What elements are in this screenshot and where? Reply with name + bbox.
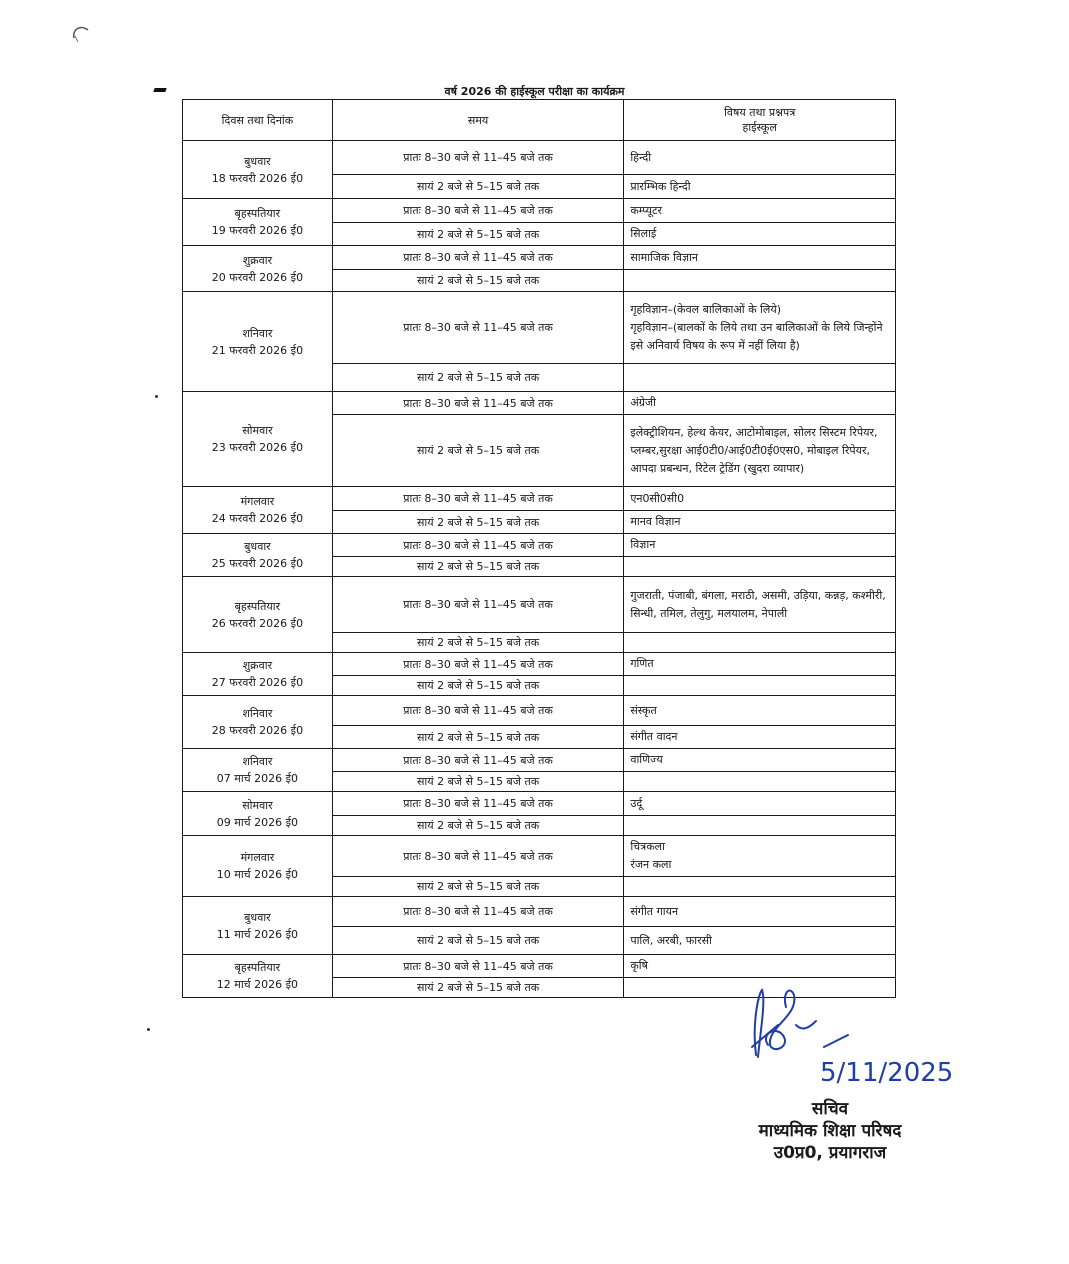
evening-shift-time: सायं 2 बजे से 5–15 बजे तक [332,364,624,392]
table-row: बुधवार18 फरवरी 2026 ई0प्रातः 8–30 बजे से… [183,141,896,175]
day-name: बुधवार [189,153,326,170]
morning-shift-time: प्रातः 8–30 बजे से 11–45 बजे तक [332,141,624,175]
day-date-cell: सोमवार09 मार्च 2026 ई0 [183,792,333,836]
day-name: मंगलवार [189,493,326,510]
evening-shift-time: सायं 2 बजे से 5–15 बजे तक [332,175,624,199]
evening-shift-time: सायं 2 बजे से 5–15 बजे तक [332,270,624,292]
evening-shift-time: सायं 2 बजे से 5–15 बजे तक [332,816,624,836]
morning-shift-time: प्रातः 8–30 बजे से 11–45 बजे तक [332,696,624,726]
morning-subject: गणित [624,653,896,676]
table-row: बृहस्पतियार12 मार्च 2026 ई0प्रातः 8–30 ब… [183,955,896,978]
exam-date: 25 फरवरी 2026 ई0 [189,555,326,572]
day-date-cell: मंगलवार24 फरवरी 2026 ई0 [183,487,333,534]
table-row: बृहस्पतियार19 फरवरी 2026 ई0प्रातः 8–30 ब… [183,199,896,223]
evening-shift-time: सायं 2 बजे से 5–15 बजे तक [332,978,624,998]
signatory-organization: माध्यमिक शिक्षा परिषद [700,1120,960,1142]
morning-shift-time: प्रातः 8–30 बजे से 11–45 बजे तक [332,534,624,557]
table-row: सोमवार23 फरवरी 2026 ई0प्रातः 8–30 बजे से… [183,392,896,415]
day-name: बुधवार [189,909,326,926]
day-date-cell: बृहस्पतियार26 फरवरी 2026 ई0 [183,577,333,653]
morning-subject: विज्ञान [624,534,896,557]
evening-shift-time: सायं 2 बजे से 5–15 बजे तक [332,877,624,897]
evening-shift-time: सायं 2 बजे से 5–15 बजे तक [332,511,624,534]
evening-subject: मानव विज्ञान [624,511,896,534]
day-name: सोमवार [189,797,326,814]
morning-shift-time: प्रातः 8–30 बजे से 11–45 बजे तक [332,487,624,511]
exam-date: 12 मार्च 2026 ई0 [189,976,326,993]
day-date-cell: शुक्रवार20 फरवरी 2026 ई0 [183,246,333,292]
table-row: शुक्रवार27 फरवरी 2026 ई0प्रातः 8–30 बजे … [183,653,896,676]
day-name: शनिवार [189,325,326,342]
day-date-cell: शनिवार28 फरवरी 2026 ई0 [183,696,333,749]
evening-subject [624,364,896,392]
evening-subject [624,270,896,292]
day-name: मंगलवार [189,849,326,866]
exam-date: 11 मार्च 2026 ई0 [189,926,326,943]
morning-subject: चित्रकला रंजन कला [624,836,896,877]
morning-subject: अंग्रेजी [624,392,896,415]
table-row: मंगलवार10 मार्च 2026 ई0प्रातः 8–30 बजे स… [183,836,896,877]
exam-date: 23 फरवरी 2026 ई0 [189,439,326,456]
evening-subject [624,816,896,836]
evening-subject: इलेक्ट्रीशियन, हेल्थ केयर, आटोमोबाइल, सो… [624,415,896,487]
morning-subject: हिन्दी [624,141,896,175]
scan-mark-arc [70,22,94,50]
morning-subject: उर्दू [624,792,896,816]
table-row: शनिवार21 फरवरी 2026 ई0प्रातः 8–30 बजे से… [183,292,896,364]
morning-shift-time: प्रातः 8–30 बजे से 11–45 बजे तक [332,577,624,633]
day-name: बृहस्पतियार [189,205,326,222]
morning-subject: कम्प्यूटर [624,199,896,223]
exam-date: 09 मार्च 2026 ई0 [189,814,326,831]
scan-mark-dot [147,1028,150,1031]
signatory-block: सचिव माध्यमिक शिक्षा परिषद उ0प्र0, प्रया… [700,1098,960,1164]
day-date-cell: मंगलवार10 मार्च 2026 ई0 [183,836,333,897]
morning-shift-time: प्रातः 8–30 बजे से 11–45 बजे तक [332,392,624,415]
evening-subject: पालि, अरबी, फारसी [624,927,896,955]
day-date-cell: बुधवार25 फरवरी 2026 ई0 [183,534,333,577]
table-row: मंगलवार24 फरवरी 2026 ई0प्रातः 8–30 बजे स… [183,487,896,511]
table-row: शनिवार28 फरवरी 2026 ई0प्रातः 8–30 बजे से… [183,696,896,726]
signatory-location: उ0प्र0, प्रयागराज [700,1142,960,1164]
column-header-day-date: दिवस तथा दिनांक [183,100,333,141]
evening-subject: प्रारम्भिक हिन्दी [624,175,896,199]
morning-shift-time: प्रातः 8–30 बजे से 11–45 बजे तक [332,199,624,223]
schedule-body: बुधवार18 फरवरी 2026 ई0प्रातः 8–30 बजे से… [183,141,896,998]
day-name: शुक्रवार [189,657,326,674]
evening-shift-time: सायं 2 बजे से 5–15 बजे तक [332,726,624,749]
morning-subject: गुजराती, पंजाबी, बंगला, मराठी, असमी, उड़… [624,577,896,633]
column-header-subject: विषय तथा प्रश्नपत्र हाईस्कूल [624,100,896,141]
day-date-cell: बृहस्पतियार12 मार्च 2026 ई0 [183,955,333,998]
evening-subject: सिलाई [624,223,896,246]
evening-shift-time: सायं 2 बजे से 5–15 बजे तक [332,557,624,577]
table-row: शनिवार07 मार्च 2026 ई0प्रातः 8–30 बजे से… [183,749,896,772]
day-date-cell: शनिवार07 मार्च 2026 ई0 [183,749,333,792]
exam-date: 24 फरवरी 2026 ई0 [189,510,326,527]
table-row: बुधवार25 फरवरी 2026 ई0प्रातः 8–30 बजे से… [183,534,896,557]
exam-schedule-table: दिवस तथा दिनांक समय विषय तथा प्रश्नपत्र … [182,99,896,998]
day-date-cell: शुक्रवार27 फरवरी 2026 ई0 [183,653,333,696]
day-date-cell: सोमवार23 फरवरी 2026 ई0 [183,392,333,487]
morning-shift-time: प्रातः 8–30 बजे से 11–45 बजे तक [332,955,624,978]
table-row: बुधवार11 मार्च 2026 ई0प्रातः 8–30 बजे से… [183,897,896,927]
evening-shift-time: सायं 2 बजे से 5–15 बजे तक [332,415,624,487]
exam-date: 10 मार्च 2026 ई0 [189,866,326,883]
morning-shift-time: प्रातः 8–30 बजे से 11–45 बजे तक [332,836,624,877]
evening-shift-time: सायं 2 बजे से 5–15 बजे तक [332,772,624,792]
evening-subject: संगीत वादन [624,726,896,749]
evening-subject [624,676,896,696]
table-row: सोमवार09 मार्च 2026 ई0प्रातः 8–30 बजे से… [183,792,896,816]
morning-subject: संगीत गायन [624,897,896,927]
morning-subject: वाणिज्य [624,749,896,772]
morning-subject: एन0सी0सी0 [624,487,896,511]
morning-shift-time: प्रातः 8–30 बजे से 11–45 बजे तक [332,792,624,816]
morning-shift-time: प्रातः 8–30 बजे से 11–45 बजे तक [332,749,624,772]
table-row: शुक्रवार20 फरवरी 2026 ई0प्रातः 8–30 बजे … [183,246,896,270]
table-row: बृहस्पतियार26 फरवरी 2026 ई0प्रातः 8–30 ब… [183,577,896,633]
day-name: बुधवार [189,538,326,555]
day-name: बृहस्पतियार [189,959,326,976]
evening-shift-time: सायं 2 बजे से 5–15 बजे तक [332,927,624,955]
morning-subject: संस्कृत [624,696,896,726]
morning-shift-time: प्रातः 8–30 बजे से 11–45 बजे तक [332,897,624,927]
exam-date: 28 फरवरी 2026 ई0 [189,722,326,739]
signatory-designation: सचिव [700,1098,960,1120]
signature-date: 5/11/2025 [820,1058,953,1085]
table-header-row: दिवस तथा दिनांक समय विषय तथा प्रश्नपत्र … [183,100,896,141]
day-name: शनिवार [189,753,326,770]
evening-subject [624,557,896,577]
exam-date: 20 फरवरी 2026 ई0 [189,269,326,286]
morning-subject: सामाजिक विज्ञान [624,246,896,270]
day-name: बृहस्पतियार [189,598,326,615]
exam-date: 19 फरवरी 2026 ई0 [189,222,326,239]
day-date-cell: शनिवार21 फरवरी 2026 ई0 [183,292,333,392]
day-name: सोमवार [189,422,326,439]
evening-shift-time: सायं 2 बजे से 5–15 बजे तक [332,223,624,246]
exam-date: 18 फरवरी 2026 ई0 [189,170,326,187]
evening-subject [624,772,896,792]
day-name: शनिवार [189,705,326,722]
day-date-cell: बुधवार11 मार्च 2026 ई0 [183,897,333,955]
evening-subject [624,633,896,653]
day-date-cell: बुधवार18 फरवरी 2026 ई0 [183,141,333,199]
document-title: वर्ष 2026 की हाईस्कूल परीक्षा का कार्यक्… [0,84,1069,99]
evening-shift-time: सायं 2 बजे से 5–15 बजे तक [332,633,624,653]
evening-subject [624,877,896,897]
signature: 5/11/2025 [738,985,968,1085]
day-name: शुक्रवार [189,252,326,269]
evening-shift-time: सायं 2 बजे से 5–15 बजे तक [332,676,624,696]
morning-subject: कृषि [624,955,896,978]
exam-date: 27 फरवरी 2026 ई0 [189,674,326,691]
exam-date: 21 फरवरी 2026 ई0 [189,342,326,359]
exam-date: 07 मार्च 2026 ई0 [189,770,326,787]
morning-shift-time: प्रातः 8–30 बजे से 11–45 बजे तक [332,292,624,364]
day-date-cell: बृहस्पतियार19 फरवरी 2026 ई0 [183,199,333,246]
morning-shift-time: प्रातः 8–30 बजे से 11–45 बजे तक [332,653,624,676]
morning-shift-time: प्रातः 8–30 बजे से 11–45 बजे तक [332,246,624,270]
exam-date: 26 फरवरी 2026 ई0 [189,615,326,632]
column-header-time: समय [332,100,624,141]
morning-subject: गृहविज्ञान–(केवल बालिकाओं के लिये) गृहवि… [624,292,896,364]
scan-mark-dot [155,395,158,398]
